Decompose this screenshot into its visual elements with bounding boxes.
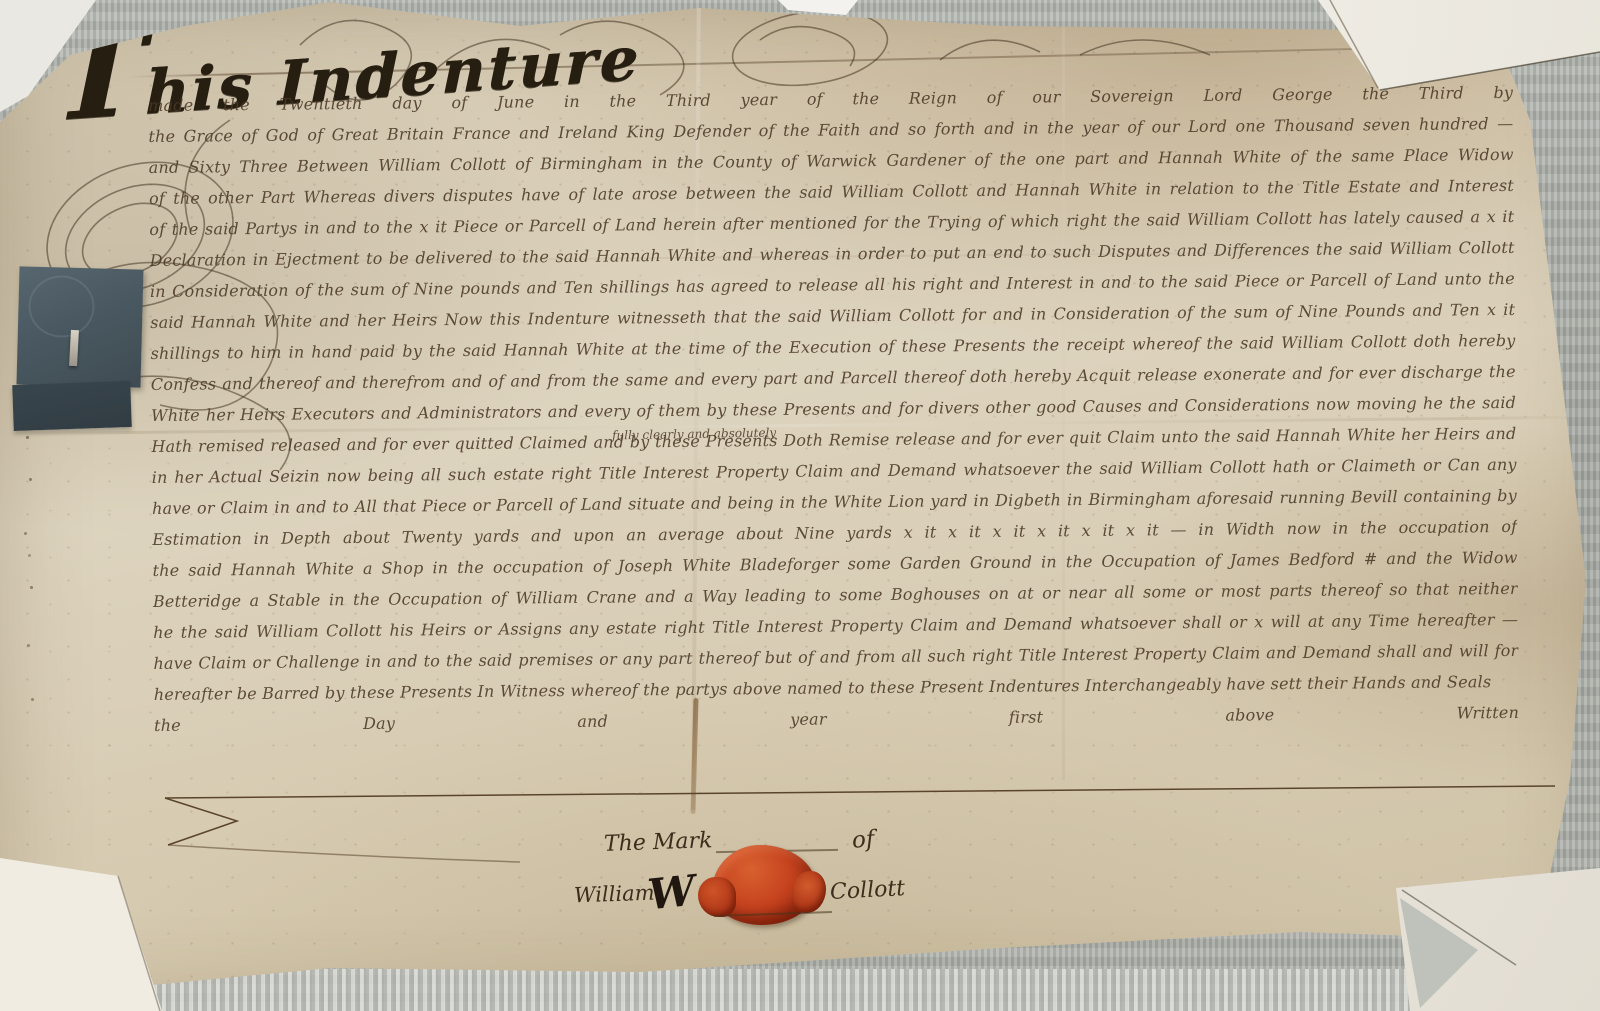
duty-stamp xyxy=(16,266,143,387)
margin-ink-dots xyxy=(26,436,29,439)
collott-label: Collott xyxy=(829,876,905,905)
of-label: of xyxy=(851,826,875,853)
duty-stamp-fold xyxy=(12,381,132,431)
signature-mark: W xyxy=(646,866,698,920)
interlineation-note: fully clearly and absolutely xyxy=(612,426,776,443)
the-mark-label: The Mark xyxy=(604,828,713,857)
william-label: William xyxy=(574,881,655,908)
parchment-document: This Indenture made the Twentieth day of… xyxy=(0,0,1600,1011)
manuscript-text: made the Twentieth day of June in the Th… xyxy=(148,77,1519,741)
photo-scene: This Indenture made the Twentieth day of… xyxy=(0,0,1600,1011)
